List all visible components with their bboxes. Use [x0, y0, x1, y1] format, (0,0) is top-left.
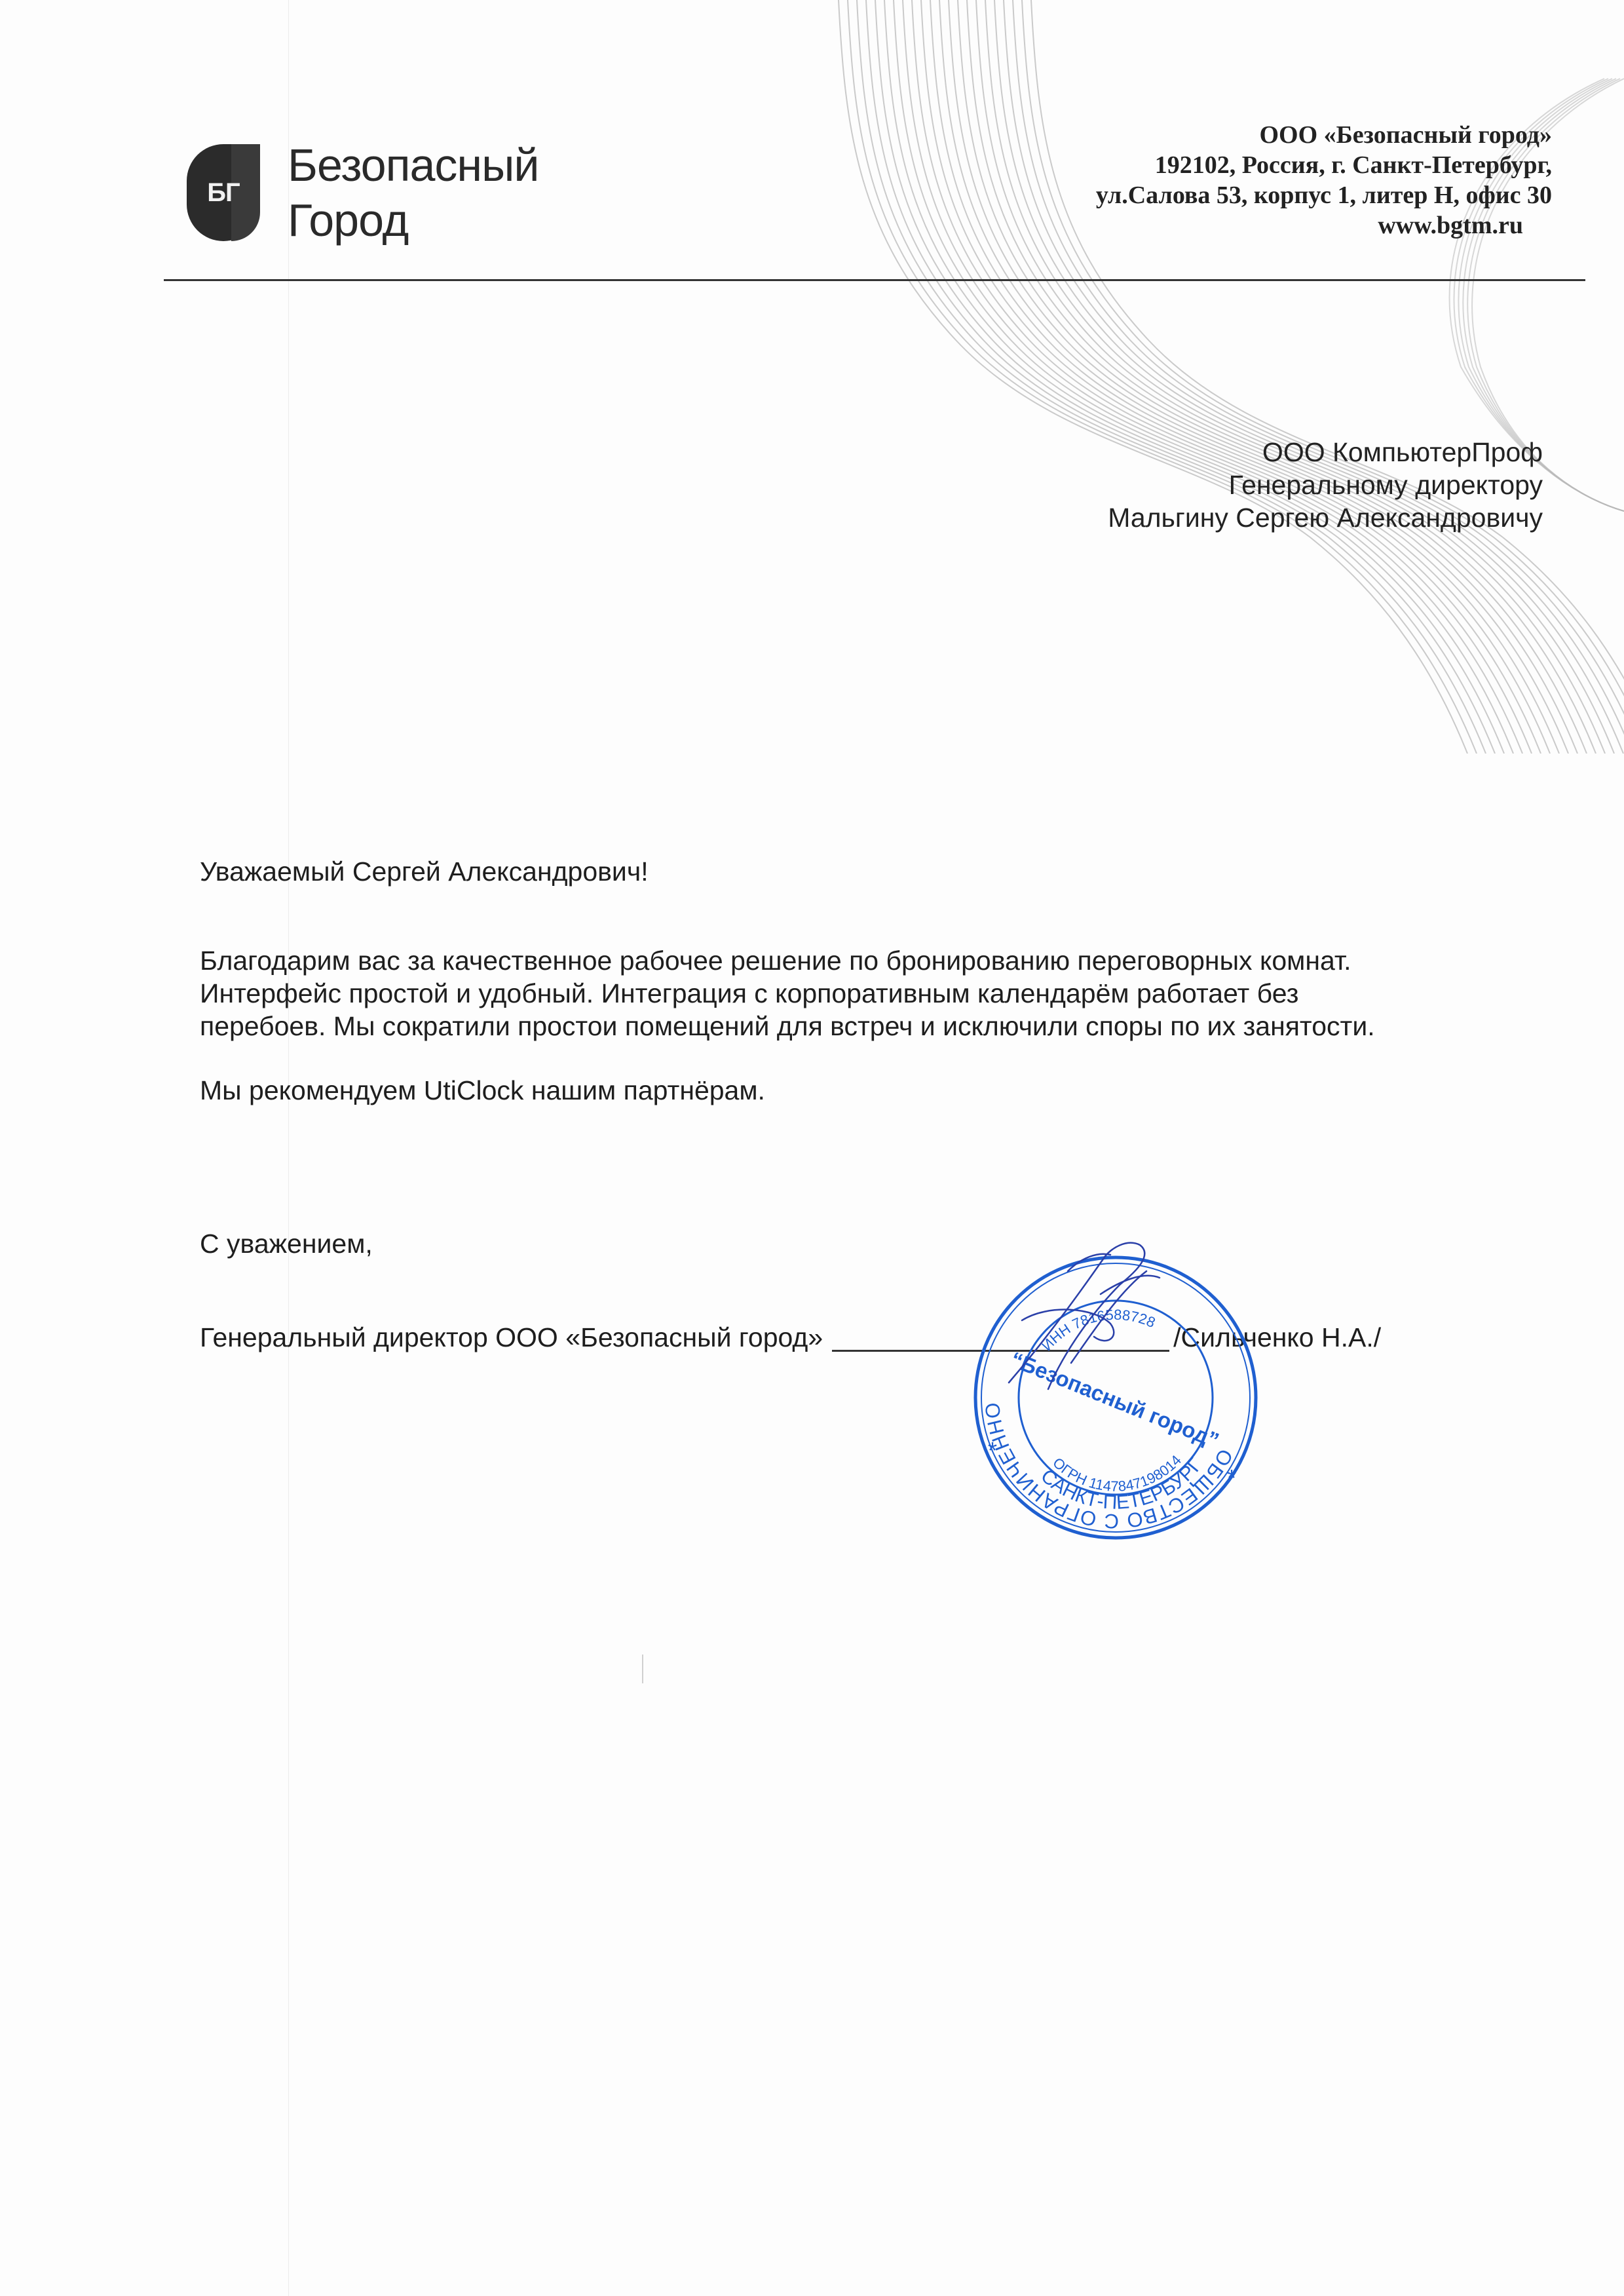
signatory-title: Генеральный директор ООО «Безопасный гор…	[200, 1322, 823, 1353]
signatory-name: /Сильченко Н.А./	[1173, 1322, 1381, 1353]
recipient-block: ООО КомпьютерПроф Генеральному директору…	[1108, 436, 1543, 534]
recipient-name: Мальгину Сергею Александровичу	[1108, 501, 1543, 534]
scan-artifact	[642, 1655, 643, 1683]
stamp-city-text: САНКТ-ПЕТЕРБУРГ	[1036, 1454, 1206, 1514]
signature-row: Генеральный директор ООО «Безопасный гор…	[200, 1322, 1381, 1353]
sender-company-name: ООО «Безопасный город»	[1096, 120, 1552, 150]
stamp-outer-text: ОБЩЕСТВО С ОГРАНИЧЕННОЙ ОТВЕТСТВЕННОСТЬЮ	[968, 1250, 1237, 1533]
company-stamp: ОБЩЕСТВО С ОГРАНИЧЕННОЙ ОТВЕТСТВЕННОСТЬЮ…	[968, 1250, 1263, 1545]
svg-text:*: *	[1227, 1464, 1236, 1491]
sender-address-line-2: ул.Салова 53, корпус 1, литер Н, офис 30	[1096, 180, 1552, 210]
paragraph-line: Интерфейс простой и удобный. Интеграция …	[200, 977, 1510, 1010]
logo-mark-text: БГ	[207, 178, 239, 208]
stamp-ogrn-text: ОГРН 1147847198014	[1049, 1452, 1184, 1495]
svg-text:ОГРН 1147847198014: ОГРН 1147847198014	[1049, 1452, 1184, 1495]
svg-text:*: *	[988, 1437, 997, 1464]
sender-website: www.bgtm.ru	[1096, 210, 1552, 240]
closing: С уважением,	[200, 1229, 373, 1259]
sender-address-block: ООО «Безопасный город» 192102, Россия, г…	[1096, 120, 1552, 240]
letter-body: Уважаемый Сергей Александрович! Благодар…	[200, 855, 1510, 1107]
stamp-center-text: “Безопасный город”	[1007, 1347, 1222, 1453]
sender-address-line-1: 192102, Россия, г. Санкт-Петербург,	[1096, 150, 1552, 180]
logo-line-2: Город	[288, 193, 538, 248]
svg-text:ОБЩЕСТВО С ОГРАНИЧЕННОЙ ОТВЕТС: ОБЩЕСТВО С ОГРАНИЧЕННОЙ ОТВЕТСТВЕННОСТЬЮ	[968, 1250, 1237, 1533]
paragraph-recommendation: Мы рекомендуем UtiClock нашим партнёрам.	[200, 1074, 1510, 1107]
logo-mark-icon: БГ	[187, 144, 260, 241]
letter-page: БГ Безопасный Город ООО «Безопасный горо…	[0, 0, 1624, 2296]
paragraph-line: Благодарим вас за качественное рабочее р…	[200, 944, 1510, 977]
company-logo: БГ Безопасный Город	[187, 138, 538, 248]
signature-line	[832, 1350, 1169, 1352]
decorative-wave-lines	[819, 0, 1624, 754]
logo-wordmark: Безопасный Город	[288, 138, 538, 248]
paragraph-thanks: Благодарим вас за качественное рабочее р…	[200, 944, 1510, 1043]
scan-fold-line	[288, 0, 289, 2296]
logo-line-1: Безопасный	[288, 138, 538, 193]
paragraph-line: перебоев. Мы сократили простои помещений…	[200, 1010, 1510, 1043]
header-divider	[164, 279, 1585, 281]
recipient-company: ООО КомпьютерПроф	[1108, 436, 1543, 469]
greeting: Уважаемый Сергей Александрович!	[200, 855, 1510, 888]
svg-text:САНКТ-ПЕТЕРБУРГ: САНКТ-ПЕТЕРБУРГ	[1036, 1454, 1206, 1514]
recipient-position: Генеральному директору	[1108, 469, 1543, 501]
